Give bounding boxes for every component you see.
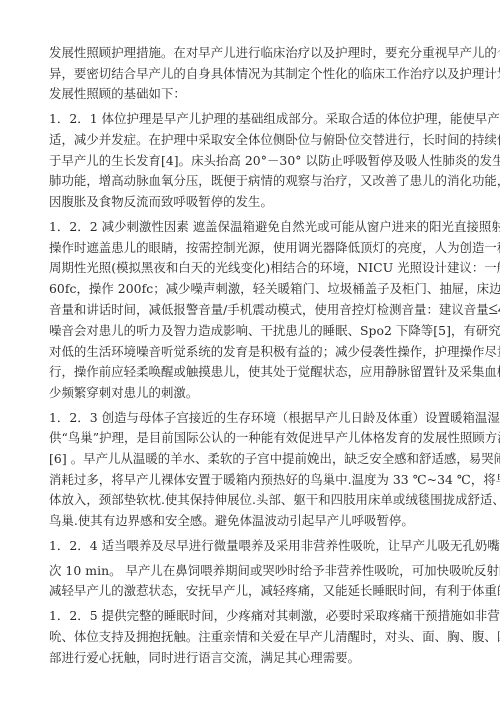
text-line-with-volume: 音量和讲话时间，减低报警音量/手机震动模式，使用音控灯检测音量：建议音量≤45d… xyxy=(49,299,455,321)
paragraph-1-2-4-feeding: 1．2．4 适当喂养及尽早进行微量喂养及采用非营养性吸吮，让早产儿吸无孔奶嘴，每… xyxy=(49,536,455,602)
text-line: 鸟巢.使其有边界感和安全感。避免体温波动引起早产儿呼吸暂停。 xyxy=(49,511,455,532)
volume-limit-value: ≤45dB xyxy=(489,299,500,318)
text-line: 减轻早产儿的激惹状态，安抚早产儿，减轻疼痛，又能延长睡眠时间，有利于体重的增长。 xyxy=(49,581,455,602)
document-page: 发展性照顾护理措施。在对早产儿进行临床治疗以及护理时，要充分重视早产儿的个体差 … xyxy=(49,43,455,673)
text-line: 1．2．4 适当喂养及尽早进行微量喂养及采用非营养性吸吮，让早产儿吸无孔奶嘴，每 xyxy=(49,536,455,557)
text-line: 体放入，颈部垫软枕.使其保持伸展位.头部、躯干和四肢用床单或绒毯围拢成舒适、温暖… xyxy=(49,490,455,511)
text-line: 发展性照顾的基础如下： xyxy=(49,84,455,105)
paragraph-1-2-2-reduce-stimuli: 1．2．2 减少刺激性因素 遮盖保温箱避免自然光或可能从窗户进来的阳光直接照射，… xyxy=(49,217,455,403)
text-line: 1．2．1 体位护理是早产儿护理的基础组成部分。采取合适的体位护理，能使早产儿身… xyxy=(49,109,455,130)
text-line: 发展性照顾护理措施。在对早产儿进行临床治疗以及护理时，要充分重视早产儿的个体差 xyxy=(49,43,455,64)
text-line: 行，操作前应轻柔唤醒或触摸患儿，使其处于觉醒状态，应用静脉留置针及采集血标本，减 xyxy=(49,362,455,383)
text-line: 供“鸟巢”护理，是目前国际公认的一种能有效促进早产儿体格发育的发展性照顾方法 xyxy=(49,428,455,449)
text-line: 1．2．2 减少刺激性因素 遮盖保温箱避免自然光或可能从窗户进来的阳光直接照射，… xyxy=(49,217,455,238)
text-segment: 音量和讲话时间，减低报警音量/手机震动模式，使用音控灯检测音量：建议音量 xyxy=(49,302,489,317)
text-line: 部进行爱心抚触，同时进行语言交流，满足其心理需要。 xyxy=(49,648,455,669)
paragraph-1-2-1-body-position: 1．2．1 体位护理是早产儿护理的基础组成部分。采取合适的体位护理，能使早产儿身… xyxy=(49,109,455,212)
text-line: 次 10 min。 早产儿在鼻饲喂养期间或哭吵时给予非营养性吸吮，可加快吸吮反射… xyxy=(49,561,455,582)
text-line: 适，减少并发症。在护理中采取安全体位侧卧位与俯卧位交替进行，长时间的持续使用有利 xyxy=(49,130,455,151)
text-line: 1．2．3 创造与母体子宫接近的生存环境（根据早产儿日龄及体重）设置暖箱温湿度，… xyxy=(49,408,455,429)
paragraph-1-2-3-womb-environment: 1．2．3 创造与母体子宫接近的生存环境（根据早产儿日龄及体重）设置暖箱温湿度，… xyxy=(49,408,455,532)
text-line: [6] 。早产儿从温暖的羊水、柔软的子宫中提前娩出，缺乏安全感和舒适感，易哭闹，… xyxy=(49,449,455,470)
text-line: 吮、体位支持及拥抱抚触。注重亲情和关爱在早产儿清醒时，对头、面、胸、腹、四肢、背 xyxy=(49,627,455,648)
text-line: 于早产儿的生长发育[4]。床头抬高 20°－30° 以防止呼吸暂停及吸人性肺炎的… xyxy=(49,151,455,172)
text-line: 对低的生活环境噪音听觉系统的发育是积极有益的；减少侵袭性操作，护理操作尽量集中进 xyxy=(49,342,455,363)
paragraph-intro: 发展性照顾护理措施。在对早产儿进行临床治疗以及护理时，要充分重视早产儿的个体差 … xyxy=(49,43,455,105)
paragraph-1-2-5-sleep: 1．2．5 提供完整的睡眠时间，少疼痛对其刺激，必要时采取疼痛干预措施如非营养性… xyxy=(49,606,455,668)
text-line: 肺功能，增高动脉血氧分压，既便于病情的观察与治疗，又改善了患儿的消化功能，减少了 xyxy=(49,171,455,192)
text-line: 噪音会对患儿的听力及智力造成影响、干扰患儿的睡眠、Spo2 下降等[5]，有研究… xyxy=(49,321,455,342)
text-line: 少频繁穿刺对患儿的刺激。 xyxy=(49,383,455,404)
text-line: 消耗过多，将早产儿裸体安置于暖箱内预热好的鸟巢中.温度为 33 ℃~34 ℃，将… xyxy=(49,470,455,491)
text-line: 周期性光照(模拟黑夜和白天的光线变化)相结合的环境，NICU 光照设计建议：一般… xyxy=(49,258,455,279)
text-line: 操作时遮盖患儿的眼睛，按需控制光源，使用调光器降低顶灯的亮度，人为创造一种黑暗和 xyxy=(49,238,455,259)
text-line: 因腹胀及食物反流而致呼吸暂停的发生。 xyxy=(49,192,455,213)
text-line: 60fc，操作 200fc；减少噪声刺激，轻关暖箱门、垃圾桶盖子及柜门、抽屉，床… xyxy=(49,279,455,300)
text-line: 异，要密切结合早产儿的自身具体情况为其制定个性化的临床工作治疗以及护理计划[3]… xyxy=(49,64,455,85)
text-line: 1．2．5 提供完整的睡眠时间，少疼痛对其刺激，必要时采取疼痛干预措施如非营养性… xyxy=(49,606,455,627)
